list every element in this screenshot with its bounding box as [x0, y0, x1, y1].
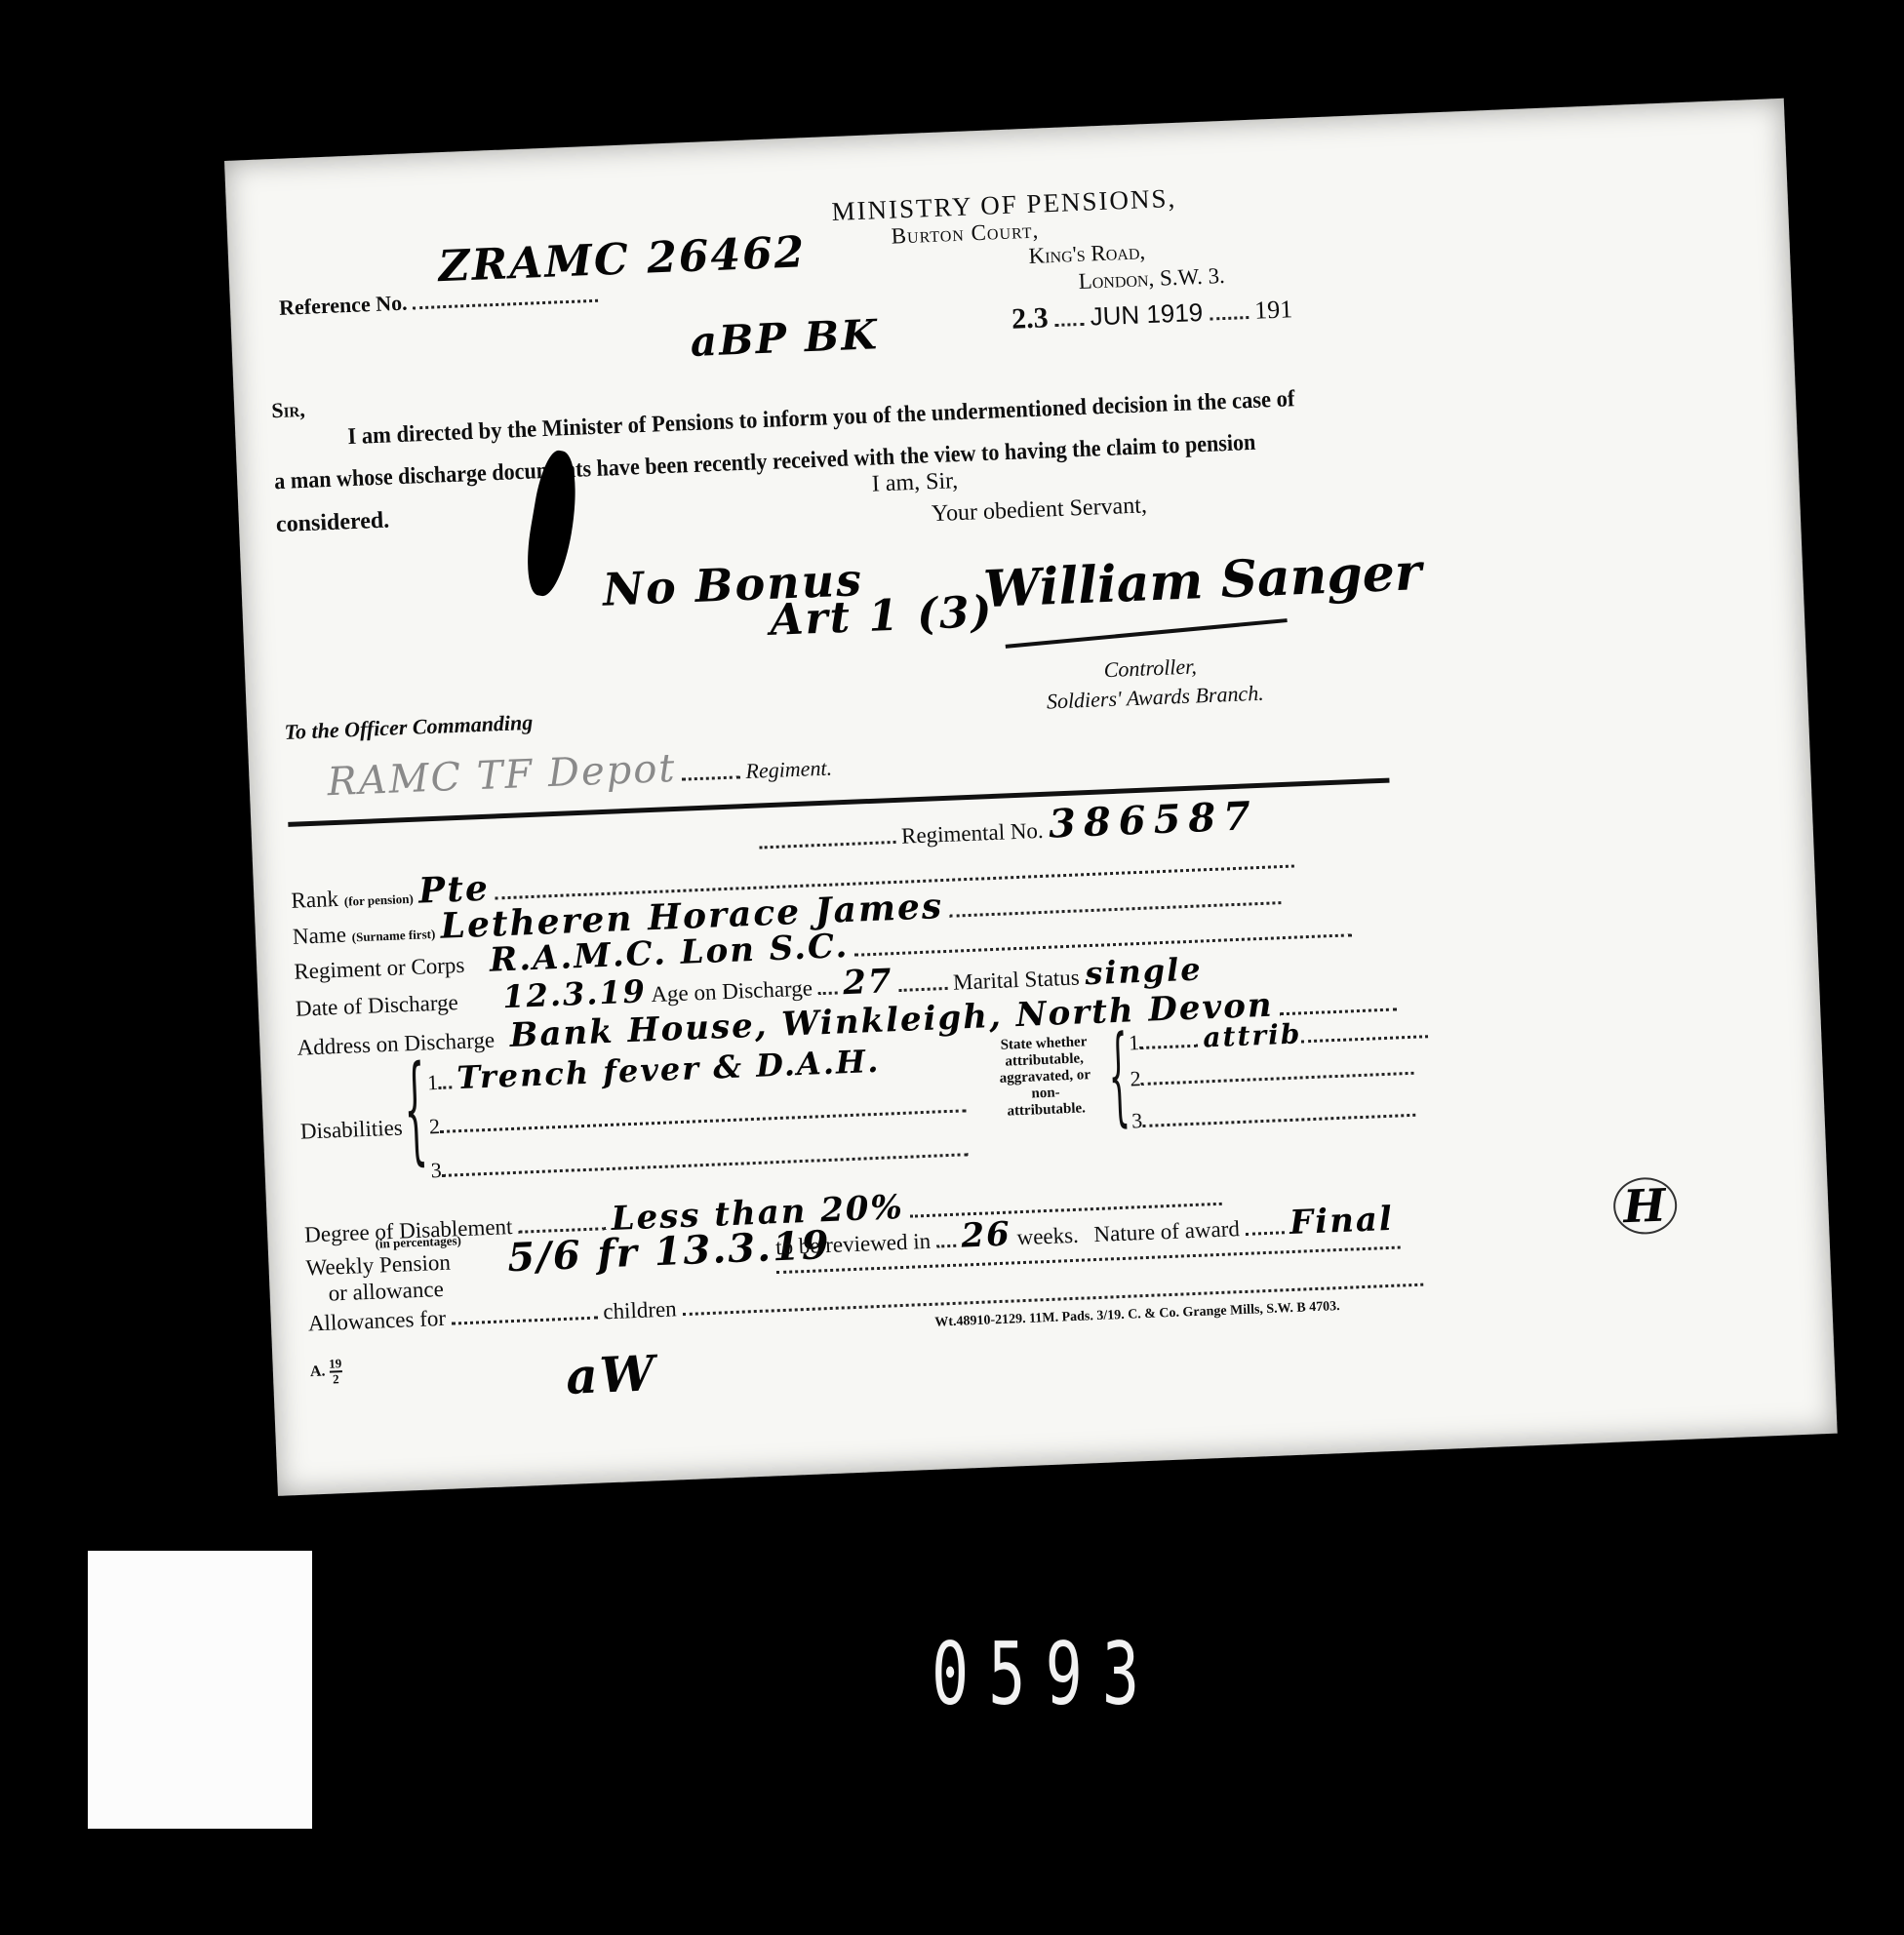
children-label: children	[603, 1296, 677, 1323]
signature-underline	[1006, 618, 1288, 649]
addressee-regiment-value: RAMC TF Depot	[327, 746, 677, 805]
attributability-brace: {	[1106, 1021, 1130, 1129]
attributability-row-2: 2	[1130, 1055, 1414, 1092]
signatory-title-1: Controller,	[1103, 653, 1197, 683]
age-on-discharge-label: Age on Discharge	[651, 975, 813, 1007]
address-line-3: London, S.W. 3.	[1078, 263, 1225, 295]
salutation: Sir,	[271, 397, 305, 423]
frame-counter: 0593	[932, 1624, 1159, 1724]
disability-row-3: 3	[430, 1136, 969, 1183]
reference-label: Reference No.	[279, 291, 408, 320]
rank-sublabel: (for pension)	[344, 891, 414, 909]
signatory-title-2: Soldiers' Awards Branch.	[1046, 681, 1264, 715]
address-line-1: Burton Court,	[891, 218, 1040, 250]
marital-status-value: single	[1085, 950, 1204, 992]
body-line-3: considered.	[275, 508, 389, 539]
film-target-card	[88, 1551, 312, 1829]
reference-annotation: aBP BK	[690, 310, 880, 366]
margin-mark: H	[1612, 1176, 1679, 1236]
disability-row-2: 2	[428, 1092, 967, 1139]
attributability-row-3: 3	[1131, 1097, 1416, 1134]
addressee-regiment-field: RAMC TF Depot Regiment.	[327, 740, 833, 806]
date-stamp-month-year: JUN 1919	[1090, 297, 1204, 332]
initials: aW	[565, 1344, 657, 1405]
date-field: 2.3 JUN 1919 191	[1011, 292, 1292, 336]
addressee-label: To the Officer Commanding	[284, 710, 534, 745]
signature: William Sanger	[982, 542, 1422, 619]
regimental-no-label: Regimental No.	[901, 818, 1045, 849]
age-on-discharge-value: 27	[842, 962, 893, 1003]
attributability-label: State whether attributable, aggravated, …	[980, 1033, 1110, 1121]
date-of-discharge-label: Date of Discharge	[295, 990, 458, 1021]
annotation-article: Art 1 (3)	[769, 587, 994, 646]
disabilities-label: Disabilities	[299, 1115, 403, 1144]
attributability-1-value: attrib	[1203, 1017, 1302, 1053]
nature-of-award-label: Nature of award	[1093, 1216, 1240, 1246]
rank-label: Rank	[291, 887, 339, 913]
allowances-label: Allowances for	[307, 1306, 446, 1336]
review-suffix: weeks.	[1016, 1223, 1079, 1250]
form-code: A. 19 2	[309, 1357, 342, 1387]
date-of-discharge-value: 12.3.19	[502, 972, 648, 1015]
pension-award-card: MINISTRY OF PENSIONS, Burton Court, King…	[224, 99, 1838, 1496]
address-line-2: King's Road,	[1028, 239, 1146, 269]
name-label: Name	[292, 923, 346, 949]
addressee-regiment-label: Regiment.	[745, 756, 833, 784]
disabilities-brace: {	[402, 1051, 429, 1169]
reference-number: ZRAMC 26462	[438, 227, 808, 292]
marital-status-label: Marital Status	[953, 966, 1081, 995]
date-stamp-day: 2.3	[1011, 301, 1049, 335]
allowance-label: or allowance	[328, 1277, 444, 1307]
review-prefix: to be reviewed in	[775, 1229, 932, 1259]
date-printed-suffix: 191	[1254, 295, 1293, 325]
address-on-discharge-label: Address on Discharge	[297, 1028, 496, 1060]
closing-line-2: Your obedient Servant,	[932, 493, 1148, 528]
name-sublabel: (Surname first)	[351, 927, 435, 944]
closing-line-1: I am, Sir,	[871, 468, 958, 498]
review-weeks-value: 26	[961, 1215, 1012, 1256]
